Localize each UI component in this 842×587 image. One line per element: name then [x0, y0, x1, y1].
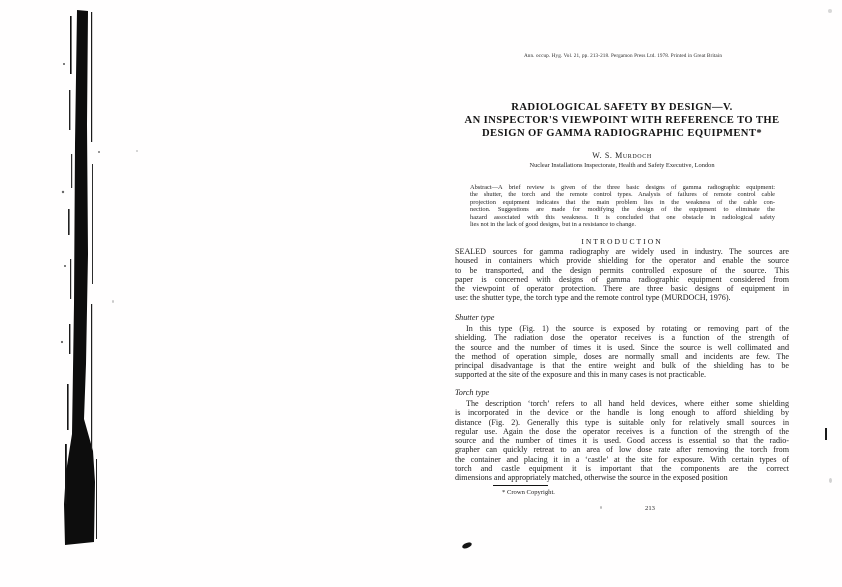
text-line: is incorporated in the device or the han…: [455, 408, 789, 417]
text-line: DESIGN OF GAMMA RADIOGRAPHIC EQUIPMENT*: [449, 127, 795, 140]
introduction-paragraph: SEALED sources for gamma radiography are…: [455, 247, 789, 303]
text-line: the viewpoint of operator protection. Th…: [455, 284, 789, 293]
text-line: the container and placing it in a ‘castl…: [455, 455, 789, 464]
text-line: dimensions and appropriately matched, ot…: [455, 473, 789, 482]
page-number: 213: [630, 505, 670, 512]
author-affiliation: Nuclear Installations Inspectorate, Heal…: [455, 162, 789, 169]
author-name: W. S. Murdoch: [455, 151, 789, 160]
text-line: grapher can quickly retreat to an area o…: [455, 445, 789, 454]
journal-header-line: Ann. occup. Hyg. Vol. 21, pp. 213-218. P…: [456, 53, 790, 59]
abstract-text: Abstract—A brief review is given of the …: [470, 184, 775, 229]
text-line: use: the shutter type, the torch type an…: [455, 293, 789, 302]
ink-smudge-artifact: [461, 542, 472, 550]
text-line: to be transported, and the design permit…: [455, 266, 789, 275]
text-line: source and the number of times it is use…: [455, 436, 789, 445]
torch-type-paragraph: The description ‘torch’ refers to all ha…: [455, 399, 789, 482]
text-line: distance (Fig. 2). Generally this type i…: [455, 418, 789, 427]
text-line: supported at the site of the exposure an…: [455, 370, 789, 379]
text-line: the source and the number of times it is…: [455, 343, 789, 352]
binding-shadow-artifact: [50, 4, 110, 560]
scan-speck: [828, 9, 832, 13]
scan-speck: [136, 150, 138, 152]
text-line: projection equipment indicates that the …: [470, 199, 775, 206]
text-line: paper is concerned with designs of gamma…: [455, 275, 789, 284]
text-line: Abstract—A brief review is given of the …: [470, 184, 775, 191]
article-title: RADIOLOGICAL SAFETY BY DESIGN—V.AN INSPE…: [449, 101, 795, 141]
section-heading-introduction: INTRODUCTION: [455, 237, 789, 246]
section-heading-torch-type: Torch type: [455, 388, 655, 397]
text-line: the method of operation simple, doses ar…: [455, 352, 789, 361]
section-heading-shutter-type: Shutter type: [455, 313, 655, 322]
text-line: regular use. Again the dose the operator…: [455, 427, 789, 436]
scanned-paper-page: Ann. occup. Hyg. Vol. 21, pp. 213-218. P…: [0, 0, 842, 587]
scan-speck: [829, 478, 832, 483]
text-line: torch and castle equipment it is importa…: [455, 464, 789, 473]
text-line: The description ‘torch’ refers to all ha…: [455, 399, 789, 408]
scan-speck: [600, 506, 602, 509]
text-line: housed in containers which provide shiel…: [455, 256, 789, 265]
text-line: SEALED sources for gamma radiography are…: [455, 247, 789, 256]
text-line: In this type (Fig. 1) the source is expo…: [455, 324, 789, 333]
text-line: nection. Suggestions are made for modify…: [470, 206, 775, 213]
text-line: the shutter, the torch and the remote co…: [470, 191, 775, 198]
footnote-divider: [493, 485, 548, 486]
shutter-type-paragraph: In this type (Fig. 1) the source is expo…: [455, 324, 789, 380]
text-line: principal disadvantage is that the entir…: [455, 361, 789, 370]
footnote-crown-copyright: * Crown Copyright.: [502, 489, 682, 496]
text-line: AN INSPECTOR'S VIEWPOINT WITH REFERENCE …: [449, 114, 795, 127]
text-line: lies not in the lack of good designs, bu…: [470, 221, 775, 228]
text-line: hazard associated with this weakness. It…: [470, 214, 775, 221]
margin-tick-artifact: [825, 428, 827, 440]
scan-speck: [112, 300, 114, 303]
text-line: RADIOLOGICAL SAFETY BY DESIGN—V.: [449, 101, 795, 114]
text-line: shielding. The radiation dose the operat…: [455, 333, 789, 342]
